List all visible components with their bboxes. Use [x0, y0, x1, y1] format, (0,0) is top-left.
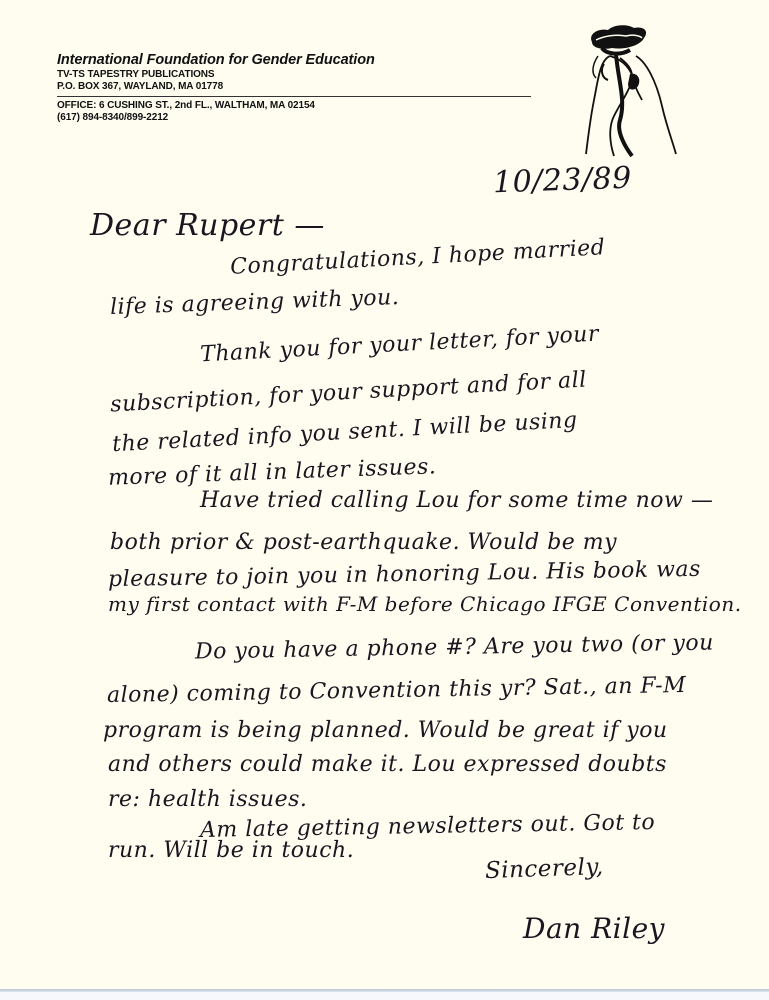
letter-page: International Foundation for Gender Educ… — [0, 0, 769, 990]
letter-date: 10/23/89 — [492, 161, 632, 201]
body-line: re: health issues. — [108, 787, 307, 812]
salutation: Dear Rupert — — [90, 208, 325, 243]
phone-numbers: (617) 894-8340/899-2212 — [57, 112, 537, 124]
body-line: alone) coming to Convention this yr? Sat… — [107, 673, 687, 708]
body-line: subscription, for your support and for a… — [110, 368, 588, 418]
body-line: pleasure to join you in honoring Lou. Hi… — [108, 557, 701, 592]
body-line: Thank you for your letter, for your — [200, 322, 600, 368]
signature: Dan Riley — [523, 912, 665, 945]
organization-name: International Foundation for Gender Educ… — [57, 51, 537, 69]
hands-holding-rose-icon — [580, 20, 690, 160]
body-line: life is agreeing with you. — [110, 285, 400, 320]
body-line: Have tried calling Lou for some time now… — [200, 488, 713, 513]
po-box-address: P.O. BOX 367, WAYLAND, MA 01778 — [57, 81, 537, 93]
letterhead: International Foundation for Gender Educ… — [57, 51, 537, 124]
publication-name: TV-TS TAPESTRY PUBLICATIONS — [57, 69, 537, 81]
body-line: Do you have a phone #? Are you two (or y… — [195, 630, 714, 664]
body-line: program is being planned. Would be great… — [103, 718, 668, 743]
page-background — [0, 992, 769, 1000]
closing: Sincerely, — [485, 854, 604, 884]
body-line: more of it all in later issues. — [108, 454, 437, 490]
body-line: both prior & post-earthquake. Would be m… — [110, 530, 617, 555]
body-line: the related info you sent. I will be usi… — [112, 408, 579, 457]
body-line: my first contact with F-M before Chicago… — [108, 592, 742, 616]
letterhead-divider — [57, 96, 531, 97]
body-line: run. Will be in touch. — [108, 838, 354, 863]
body-line: and others could make it. Lou expressed … — [108, 752, 667, 777]
office-address: OFFICE: 6 CUSHING ST., 2nd FL., WALTHAM,… — [57, 100, 537, 112]
